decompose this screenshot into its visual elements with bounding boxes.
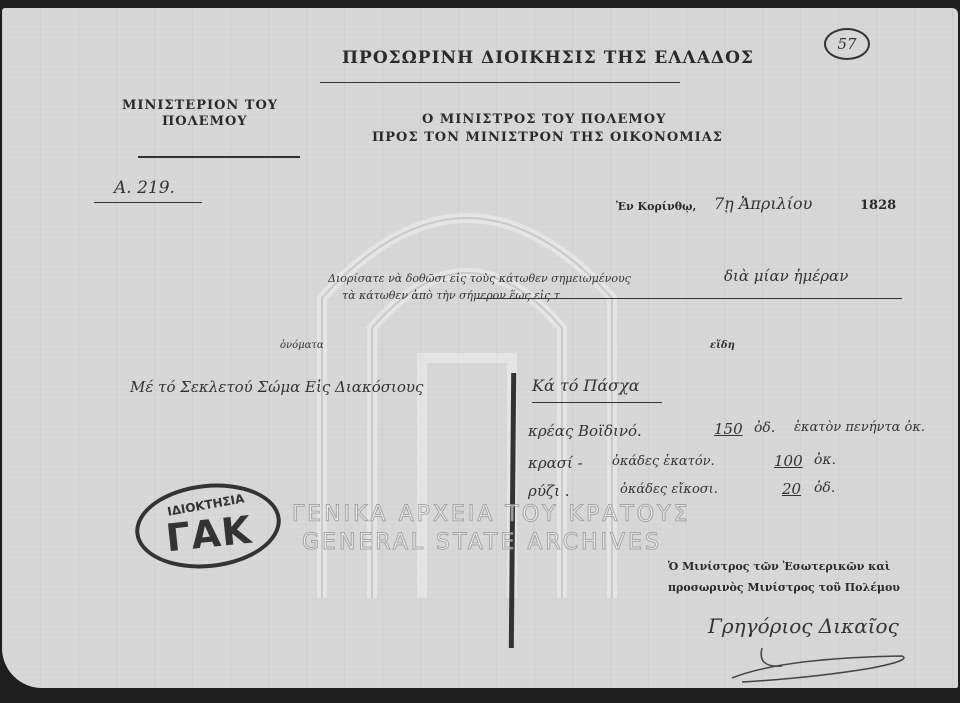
signature-line-1: Ὁ Μινίστρος τῶν Ἐσωτερικῶν καὶ xyxy=(668,560,890,573)
document-page: 57 ΠΡΟΣΩΡΙΝΗ ΔΙΟΙΚΗΣΙΣ ΤΗΣ ΕΛΛΑΔΟΣ ΜΙΝΙΣ… xyxy=(2,8,958,688)
entry-unit: ὀκ. xyxy=(814,452,836,468)
signature: Γρηγόριος Δικαῖος xyxy=(708,614,899,638)
entry-name: Μέ τό Σεκλετού Σώμα Εἰς Διακόσιους xyxy=(130,378,423,396)
entry-item: κρασί - xyxy=(528,454,583,472)
instruction-line-2: τὰ κάτωθεν ἀπὸ τὴν σήμερον ἕως εἰς τ xyxy=(342,289,560,302)
names-column-label: ὀνόματα xyxy=(280,340,324,351)
entry-amount: 20 xyxy=(782,480,801,498)
entry-note: ὀκάδες εἴκοσι. xyxy=(620,482,718,497)
entry-item: κρέας Βοϊδινό. xyxy=(528,422,642,440)
entry-unit: ὀδ. xyxy=(814,480,835,496)
reference-number: Α. 219. xyxy=(114,178,175,198)
entry-amount: 100 xyxy=(774,452,803,470)
entry-item: ρύζι . xyxy=(528,482,569,500)
header-rule xyxy=(320,82,680,83)
to-line: ΠΡΟΣ ΤΟΝ ΜΙΝΙΣΤΡΟΝ ΤΗΣ ΟΙΚΟΝΟΜΙΑΣ xyxy=(372,130,723,145)
ministry-line-1: ΜΙΝΙΣΤΕΡΙΟΝ ΤΟΥ xyxy=(122,98,278,113)
place-label: Ἐν Κορίνθῳ, xyxy=(616,200,696,213)
handwritten-date: 7ῃ Ἀπριλίου xyxy=(714,194,812,213)
signature-line-2: προσωρινὸς Μινίστρος τοῦ Πολέμου xyxy=(668,581,900,594)
instruction-handwritten: διὰ μίαν ἡμέραν xyxy=(724,267,848,285)
item-heading-rule xyxy=(532,402,662,403)
instruction-rule xyxy=(477,298,902,299)
entry-note: ἑκατὸν πενήντα ὀκ. xyxy=(794,420,925,435)
items-column-label: εἴδη xyxy=(710,340,735,351)
ministry-rule xyxy=(138,156,300,158)
signature-flourish-icon xyxy=(722,638,922,688)
entry-note: ὀκάδες ἑκατόν. xyxy=(612,454,715,469)
from-line: Ο ΜΙΝΙΣΤΡΟΣ ΤΟΥ ΠΟΛΕΜΟΥ xyxy=(422,112,666,127)
instruction-line-1: Διορίσατε νὰ δοθῶσι εἰς τοὺς κάτωθεν σημ… xyxy=(328,272,631,285)
ministry-line-2: ΠΟΛΕΜΟΥ xyxy=(162,114,248,129)
page-number-circle: 57 xyxy=(824,28,870,60)
item-heading: Κά τό Πάσχα xyxy=(532,376,640,395)
entry-unit: ὀδ. xyxy=(754,420,775,436)
watermark-english: GENERAL STATE ARCHIVES xyxy=(302,530,662,555)
watermark-greek: ΓΕΝΙΚΑ ΑΡΧΕΙΑ ΤΟΥ ΚΡΑΤΟΥΣ xyxy=(292,502,690,527)
entry-amount: 150 xyxy=(714,420,743,438)
reference-rule xyxy=(94,202,202,203)
archives-stamp: ΙΔΙΟΚΤΗΣΙΑ ΓΑΚ xyxy=(131,477,285,576)
government-header: ΠΡΟΣΩΡΙΝΗ ΔΙΟΙΚΗΣΙΣ ΤΗΣ ΕΛΛΑΔΟΣ xyxy=(342,48,754,68)
year: 1828 xyxy=(860,198,896,213)
